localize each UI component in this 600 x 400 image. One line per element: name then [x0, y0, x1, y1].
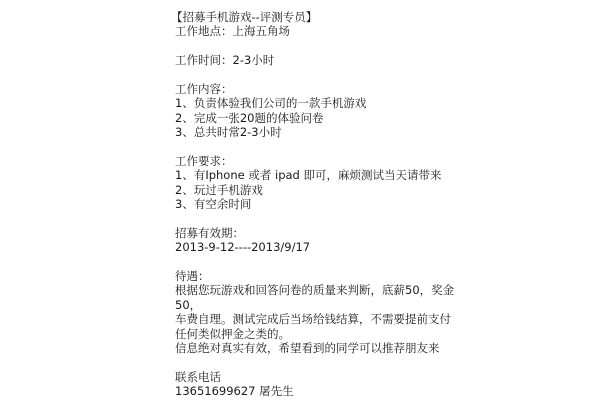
spacer [175, 68, 475, 82]
requirements-section: 工作要求： 1、有Iphone 或者 ipad 即可，麻烦测试当天请带来 2、玩… [175, 154, 475, 212]
list-item: 3、有空余时间 [175, 197, 475, 211]
job-posting: 【招募手机游戏--评测专员】 工作地点：上海五角场 工作时间：2-3小时 工作内… [175, 10, 475, 399]
list-item: 1、有Iphone 或者 ipad 即可，麻烦测试当天请带来 [175, 168, 475, 182]
list-item: 2、玩过手机游戏 [175, 183, 475, 197]
text-line: 根据您玩游戏和回答问卷的质量来判断，底薪50，奖金 [175, 283, 475, 297]
work-hours: 工作时间：2-3小时 [175, 53, 475, 67]
section-heading: 招募有效期： [175, 226, 475, 240]
section-heading: 待遇： [175, 269, 475, 283]
section-heading: 联系电话 [175, 370, 475, 384]
text-line: 信息绝对真实有效，希望看到的同学可以推荐朋友来 [175, 341, 475, 355]
section-heading: 工作内容： [175, 82, 475, 96]
text-line: 50， [175, 298, 475, 312]
validity-dates: 2013-9-12----2013/9/17 [175, 240, 475, 254]
list-item: 2、完成一张20题的体验问卷 [175, 111, 475, 125]
list-item: 3、总共时常2-3小时 [175, 125, 475, 139]
work-content-section: 工作内容： 1、负责体验我们公司的一款手机游戏 2、完成一张20题的体验问卷 3… [175, 82, 475, 140]
compensation-section: 待遇： 根据您玩游戏和回答问卷的质量来判断，底薪50，奖金 50， 车费自理。测… [175, 269, 475, 355]
contact-section: 联系电话 13651699627 屠先生 [175, 370, 475, 399]
section-heading: 工作要求： [175, 154, 475, 168]
text-line: 车费自理。测试完成后当场给钱结算，不需要提前支付 [175, 312, 475, 326]
spacer [175, 39, 475, 53]
contact-phone: 13651699627 屠先生 [175, 384, 475, 398]
list-item: 1、负责体验我们公司的一款手机游戏 [175, 96, 475, 110]
spacer [175, 140, 475, 154]
spacer [175, 355, 475, 369]
validity-section: 招募有效期： 2013-9-12----2013/9/17 [175, 226, 475, 255]
spacer [175, 211, 475, 225]
work-location: 工作地点：上海五角场 [175, 24, 475, 38]
posting-title: 【招募手机游戏--评测专员】 [171, 10, 475, 24]
spacer [175, 255, 475, 269]
text-line: 任何类似押金之类的。 [175, 327, 475, 341]
